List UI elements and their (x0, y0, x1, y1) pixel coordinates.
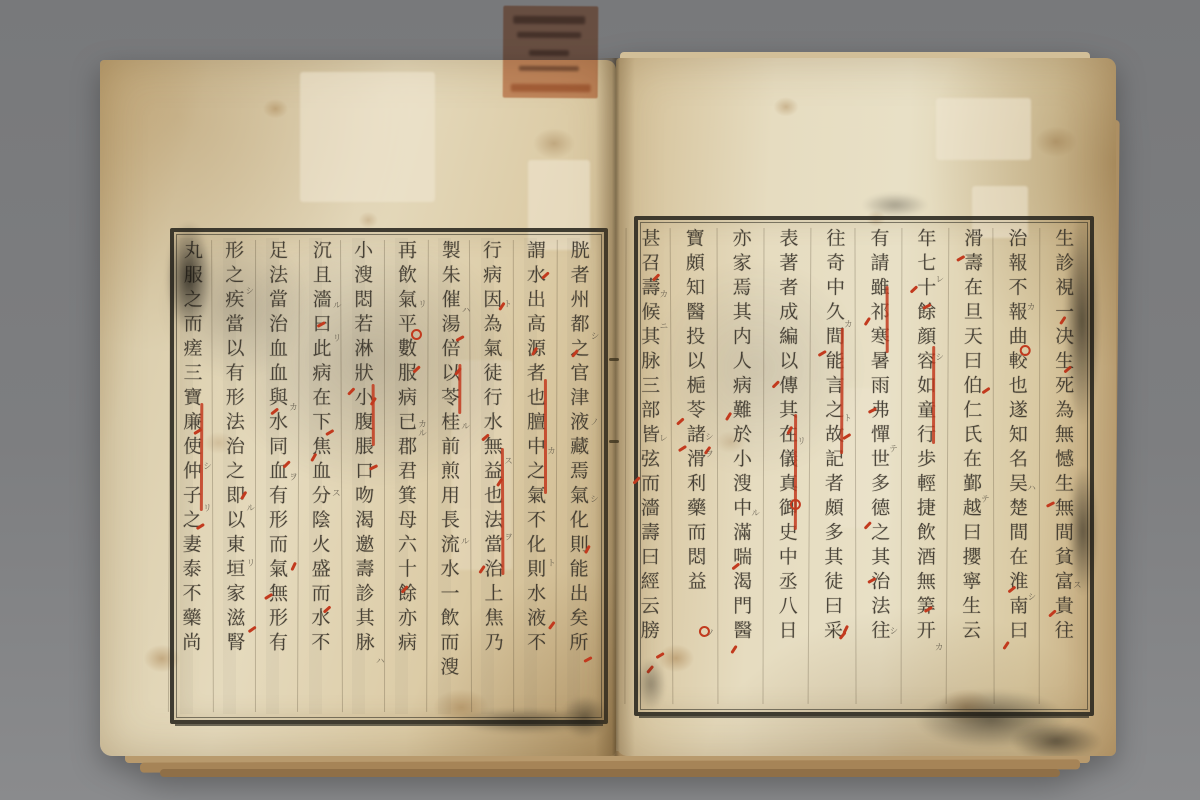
kunten-katakana: ト (841, 413, 850, 422)
kunten-katakana: ヲ (502, 532, 511, 541)
kunten-katakana: カ (287, 402, 296, 411)
text-column: 滑壽在旦天曰伯仁氏在鄞越曰攖寧生云テ (946, 228, 995, 704)
kunten-red-mark (655, 652, 664, 659)
left-text-block: 胱者州都之官津液藏焉氣化則能出矣所ノシシ謂水出高源者也膻中之氣不化則水液不トカ行… (170, 228, 608, 724)
text-column: 沉且濇曰此病在下焦血分陰火盛而水不スルリ (297, 240, 342, 712)
column-text: 胱者州都之官津液藏焉氣化則能出矣所 (566, 240, 589, 657)
kunten-katakana: ハ (374, 656, 383, 665)
text-column: 形之疾當以有形法治之即以東垣家滋腎リルシ (211, 240, 256, 712)
text-column: 胱者州都之官津液藏焉氣化則能出矣所ノシシ (555, 240, 600, 712)
stamp-text-smudge (519, 66, 579, 71)
stamp-text-smudge (529, 50, 569, 56)
kunten-katakana: カ (1025, 302, 1034, 311)
kunten-katakana: シ (933, 352, 942, 361)
kunten-katakana: ス (1071, 580, 1080, 589)
text-column: 丸服之而瘥三寶廉使仲子之妻泰不藥尚シリ (168, 240, 213, 712)
kunten-katakana: レ (657, 433, 666, 442)
kunten-katakana: ル (459, 421, 468, 430)
column-text: 小溲悶若淋狀小腹脹口吻渴邀壽診其脉 (351, 240, 375, 657)
ink-blotch (1011, 723, 1101, 756)
column-text: 再飲氣平數服病已郡君箕母六十餘亦病 (395, 240, 417, 657)
ink-blotch (862, 193, 928, 217)
kunten-katakana: カ (842, 320, 851, 329)
binding-stitch (609, 358, 619, 361)
kunten-katakana: シ (703, 432, 712, 441)
kunten-katakana: シ (1025, 592, 1034, 601)
text-column: 亦家焉其内人病難於小溲中滿喘渴門醫ル (717, 228, 764, 704)
photograph-of-woodblock-book: 胱者州都之官津液藏焉氣化則能出矣所ノシシ謂水出高源者也膻中之氣不化則水液不トカ行… (0, 0, 1200, 800)
kunten-katakana: ヲ (703, 449, 712, 458)
kunten-katakana: テ (887, 444, 896, 453)
kunten-katakana: ハ (460, 305, 469, 314)
kunten-red-mark (290, 562, 296, 571)
left-page-columns: 胱者州都之官津液藏焉氣化則能出矣所ノシシ謂水出高源者也膻中之氣不化則水液不トカ行… (179, 240, 599, 712)
red-circle-mark (790, 499, 801, 510)
text-column: 往奇中久間能言之故記者頗多其徒曰采カト (808, 228, 857, 704)
kunten-katakana: ヲ (287, 472, 296, 481)
text-column: 年七十餘顔容如童行歩輕捷飲酒無筭开シカレ (901, 228, 948, 704)
kunten-katakana: シ (243, 286, 252, 295)
stamp-text-smudge (511, 84, 591, 93)
text-column: 有請雖祁寒暑雨弗憚世多德之其治法往シテ (854, 228, 901, 704)
red-emphasis-line (372, 384, 375, 447)
text-column: 生診視一决生死為無憾生無間貧富貴往ス (1039, 228, 1086, 704)
kunten-katakana: カ (545, 446, 554, 455)
stamp-text-smudge (517, 32, 581, 38)
kunten-katakana: ル (749, 508, 758, 517)
column-text: 沉且濇曰此病在下焦血分陰火盛而水不 (308, 240, 332, 657)
kunten-katakana: ス (502, 456, 511, 465)
kunten-katakana: テ (979, 494, 988, 503)
kunten-katakana: ニ (657, 321, 666, 330)
column-text: 寶頗知醫投以梔苓諸滑利藥而悶益 (683, 228, 707, 596)
red-circle-mark (1020, 345, 1031, 356)
red-circle-mark (411, 329, 422, 340)
right-text-block: 生診視一决生死為無憾生無間貧富貴往ス治報不報曲較也遂知名吴楚間在淮南曰シハカ滑壽… (634, 216, 1094, 716)
open-book: 胱者州都之官津液藏焉氣化則能出矣所ノシシ謂水出高源者也膻中之氣不化則水液不トカ行… (92, 48, 1122, 776)
kunten-katakana: リ (244, 558, 253, 567)
right-page-columns: 生診視一决生死為無憾生無間貧富貴往ス治報不報曲較也遂知名吴楚間在淮南曰シハカ滑壽… (643, 228, 1085, 704)
kunten-red-mark (548, 621, 555, 630)
red-emphasis-line (458, 364, 461, 414)
orange-stamp (503, 6, 599, 99)
kunten-katakana: ル (244, 502, 253, 511)
text-column: 小溲悶若淋狀小腹脹口吻渴邀壽診其脉ハ (340, 240, 385, 712)
kunten-katakana: ル (459, 536, 468, 545)
kunten-katakana: シ (201, 461, 210, 470)
kunten-katakana: リ (795, 436, 804, 445)
kunten-katakana: シ (887, 626, 896, 635)
kunten-katakana: ト (545, 558, 554, 567)
left-page: 胱者州都之官津液藏焉氣化則能出矣所ノシシ謂水出高源者也膻中之氣不化則水液不トカ行… (100, 60, 616, 756)
kunten-katakana: レ (933, 274, 942, 283)
text-column: 行病因為氣徒行水無益也法當治上焦乃トスヲ (469, 240, 514, 712)
kunten-katakana: ル (331, 300, 340, 309)
kunten-katakana: ノ (704, 627, 713, 636)
page-edge-strip (160, 769, 1060, 777)
text-column: 再飲氣平數服病已郡君箕母六十餘亦病カリル (384, 240, 427, 712)
red-emphasis-line (886, 286, 889, 353)
column-text: 製朱催湯倍以苓桂前煎用長流水一飲而溲 (437, 240, 461, 681)
text-column: 表著者成編以傳其在儀真御史中丞八日リ (763, 228, 810, 704)
binding-stitch (609, 440, 619, 443)
text-column: 製朱催湯倍以苓桂前煎用長流水一飲而溲ハルル (426, 240, 471, 712)
column-text: 形之疾當以有形法治之即以東垣家滋腎 (222, 240, 246, 657)
text-column: 治報不報曲較也遂知名吴楚間在淮南曰シハカ (992, 228, 1039, 704)
column-text: 治報不報曲較也遂知名吴楚間在淮南曰 (1005, 228, 1028, 645)
kunten-katakana: カ (657, 289, 666, 298)
kunten-katakana: カ (416, 419, 425, 428)
right-page: 生診視一决生死為無憾生無間貧富貴往ス治報不報曲較也遂知名吴楚間在淮南曰シハカ滑壽… (616, 58, 1116, 756)
paper-patch (936, 98, 1031, 160)
paper-patch (300, 72, 435, 202)
text-column: 謂水出高源者也膻中之氣不化則水液不トカ (513, 240, 556, 712)
column-text: 謂水出高源者也膻中之氣不化則水液不 (524, 240, 546, 657)
red-emphasis-line (200, 403, 203, 511)
kunten-katakana: ル (416, 428, 425, 437)
column-text: 亦家焉其内人病難於小溲中滿喘渴門醫 (730, 228, 753, 645)
kunten-red-mark (730, 645, 737, 654)
kunten-katakana: ハ (1025, 483, 1034, 492)
kunten-katakana: ス (330, 488, 339, 497)
kunten-red-mark (247, 625, 256, 632)
kunten-katakana: カ (933, 642, 942, 651)
text-column: 足法當治血血與水同血有形而氣無形有ヲカ (255, 240, 298, 712)
kunten-katakana: リ (201, 503, 210, 512)
kunten-red-mark (1003, 641, 1010, 650)
stamp-text-smudge (513, 16, 585, 25)
kunten-red-mark (646, 665, 654, 674)
kunten-katakana: リ (331, 333, 340, 342)
kunten-katakana: ト (501, 299, 510, 308)
book-gutter (595, 58, 635, 756)
red-emphasis-line (501, 448, 504, 576)
kunten-katakana: リ (416, 299, 425, 308)
red-emphasis-line (794, 414, 797, 531)
text-column: 寶頗知醫投以梔苓諸滑利藥而悶益シヲノ (670, 228, 719, 704)
red-emphasis-line (544, 379, 547, 494)
column-text: 滑壽在旦天曰伯仁氏在鄞越曰攖寧生云 (959, 228, 983, 645)
